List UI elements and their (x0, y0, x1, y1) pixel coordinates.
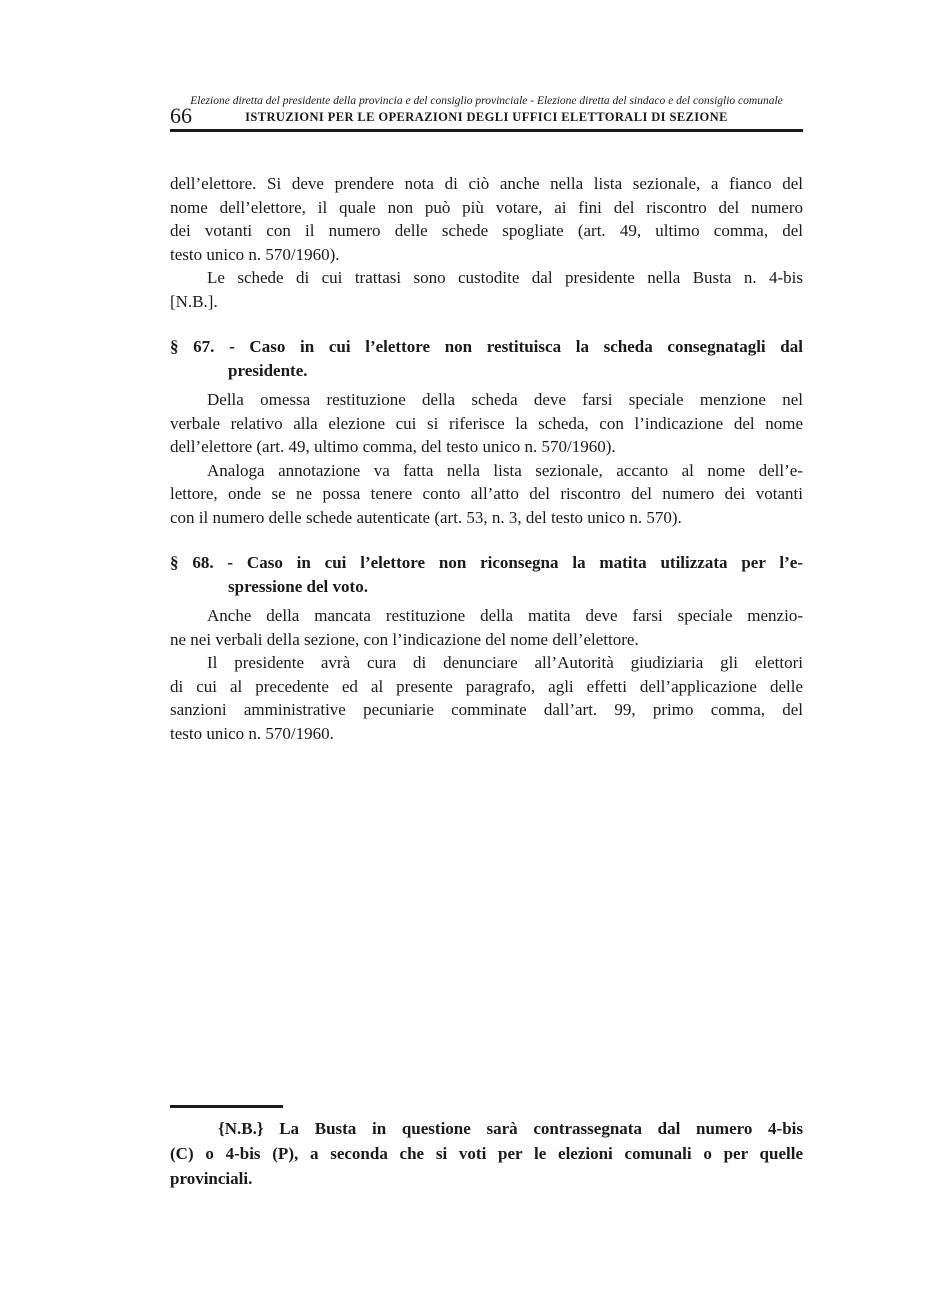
text-line: sanzioni amministrative pecuniarie commi… (170, 698, 803, 722)
text-line: Analoga annotazione va fatta nella lista… (170, 459, 803, 483)
text-line: dei votanti con il numero delle schede s… (170, 219, 803, 243)
text-line: presidente. (170, 359, 803, 383)
text-line: dell’elettore. Si deve prendere nota di … (170, 172, 803, 196)
paragraph: Analoga annotazione va fatta nella lista… (170, 459, 803, 530)
text-line: spressione del voto. (170, 575, 803, 599)
footnote-lines: {N.B.} La Busta in questione sarà contra… (170, 1116, 803, 1191)
text-line: testo unico n. 570/1960). (170, 243, 803, 267)
text-line: § 68. - Caso in cui l’elettore non ricon… (170, 551, 803, 575)
section-heading: § 68. - Caso in cui l’elettore non ricon… (170, 551, 803, 598)
text-line: testo unico n. 570/1960. (170, 722, 803, 746)
text-line: Della omessa restituzione della scheda d… (170, 388, 803, 412)
paragraph: Della omessa restituzione della scheda d… (170, 388, 803, 459)
text-line: Anche della mancata restituzione della m… (170, 604, 803, 628)
text-line: di cui al precedente ed al presente para… (170, 675, 803, 699)
text-line: Le schede di cui trattasi sono custodite… (170, 266, 803, 290)
document-page: Elezione diretta del presidente della pr… (0, 0, 933, 1299)
text-line: con il numero delle schede autenticate (… (170, 506, 803, 530)
page-number: 66 (170, 103, 192, 129)
paragraph: Il presidente avrà cura di denunciare al… (170, 651, 803, 745)
text-line: dell’elettore (art. 49, ultimo comma, de… (170, 435, 803, 459)
text-line: [N.B.]. (170, 290, 803, 314)
footnote-rule (170, 1105, 283, 1108)
text-line: Il presidente avrà cura di denunciare al… (170, 651, 803, 675)
text-line: lettore, onde se ne possa tenere conto a… (170, 482, 803, 506)
body-blocks: dell’elettore. Si deve prendere nota di … (170, 172, 803, 745)
section-title: ISTRUZIONI PER LE OPERAZIONI DEGLI UFFIC… (170, 109, 803, 125)
section-heading: § 67. - Caso in cui l’elettore non resti… (170, 335, 803, 382)
text-line: (C) o 4-bis (P), a seconda che si voti p… (170, 1141, 803, 1166)
text-line: {N.B.} La Busta in questione sarà contra… (170, 1116, 803, 1141)
text-line: verbale relativo alla elezione cui si ri… (170, 412, 803, 436)
paragraph: Anche della mancata restituzione della m… (170, 604, 803, 651)
text-line: § 67. - Caso in cui l’elettore non resti… (170, 335, 803, 359)
text-line: ne nei verbali della sezione, con l’indi… (170, 628, 803, 652)
paragraph: dell’elettore. Si deve prendere nota di … (170, 172, 803, 266)
text-line: nome dell’elettore, il quale non può più… (170, 196, 803, 220)
header-rule (170, 129, 803, 132)
page-header: Elezione diretta del presidente della pr… (170, 0, 803, 140)
paragraph: Le schede di cui trattasi sono custodite… (170, 266, 803, 313)
text-line: provinciali. (170, 1166, 803, 1191)
running-title: Elezione diretta del presidente della pr… (170, 95, 803, 108)
footnote: {N.B.} La Busta in questione sarà contra… (170, 1105, 803, 1191)
